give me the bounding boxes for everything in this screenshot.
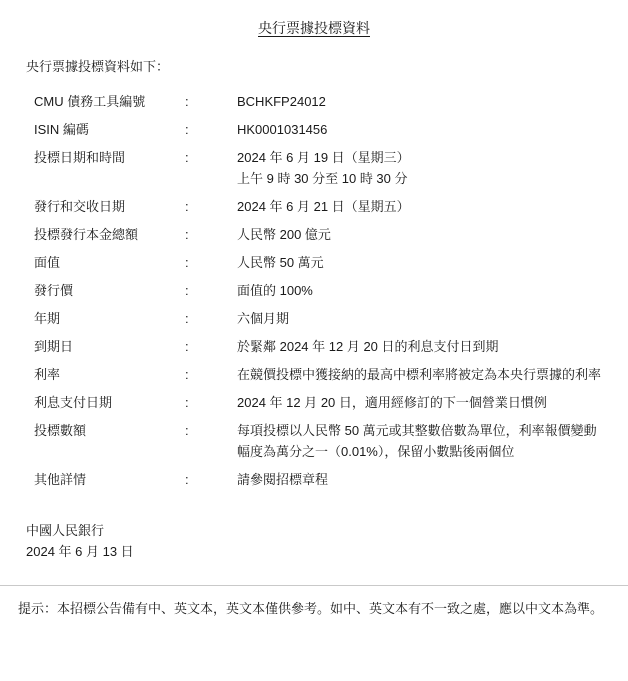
row-colon: : <box>182 119 237 140</box>
row-label: 其他詳情 <box>34 469 182 490</box>
row-colon: : <box>182 196 237 217</box>
row-label: 發行和交收日期 <box>34 196 182 217</box>
row-colon: : <box>182 252 237 273</box>
table-row: 投標日期和時間 : 2024 年 6 月 19 日（星期三） 上午 9 時 30… <box>0 147 628 189</box>
intro-text: 央行票據投標資料如下： <box>26 56 628 77</box>
row-value: 人民幣 50 萬元 <box>237 252 603 273</box>
table-row: ISIN 編碼 : HK0001031456 <box>0 119 628 140</box>
row-colon: : <box>182 469 237 490</box>
table-row: 利息支付日期 : 2024 年 12 月 20 日，適用經修訂的下一個營業日慣例 <box>0 392 628 413</box>
table-row: 投標發行本金總額 : 人民幣 200 億元 <box>0 224 628 245</box>
table-row: 發行價 : 面值的 100% <box>0 280 628 301</box>
table-row: 面值 : 人民幣 50 萬元 <box>0 252 628 273</box>
row-colon: : <box>182 336 237 357</box>
divider-line <box>0 585 628 586</box>
table-row: CMU 債務工具編號 : BCHKFP24012 <box>0 91 628 112</box>
issuer-name: 中國人民銀行 <box>26 520 628 541</box>
row-value: 面值的 100% <box>237 280 603 301</box>
row-label: 年期 <box>34 308 182 329</box>
table-row: 年期 : 六個月期 <box>0 308 628 329</box>
row-value: 2024 年 12 月 20 日，適用經修訂的下一個營業日慣例 <box>237 392 603 413</box>
row-label: 投標發行本金總額 <box>34 224 182 245</box>
row-colon: : <box>182 420 237 441</box>
row-value: 六個月期 <box>237 308 603 329</box>
row-value: 2024 年 6 月 19 日（星期三） 上午 9 時 30 分至 10 時 3… <box>237 147 603 189</box>
row-label: 到期日 <box>34 336 182 357</box>
row-colon: : <box>182 364 237 385</box>
row-label: 面值 <box>34 252 182 273</box>
table-row: 投標數額 : 每項投標以人民幣 50 萬元或其整數倍數為單位，利率報價變動幅度為… <box>0 420 628 462</box>
tender-notice-document: 央行票據投標資料 央行票據投標資料如下： CMU 債務工具編號 : BCHKFP… <box>0 18 628 620</box>
row-label: 利息支付日期 <box>34 392 182 413</box>
row-label: CMU 債務工具編號 <box>34 91 182 112</box>
row-label: 投標日期和時間 <box>34 147 182 168</box>
row-colon: : <box>182 280 237 301</box>
row-colon: : <box>182 224 237 245</box>
row-value: 2024 年 6 月 21 日（星期五） <box>237 196 603 217</box>
table-row: 利率 : 在競價投標中獲接納的最高中標利率將被定為本央行票據的利率 <box>0 364 628 385</box>
row-colon: : <box>182 91 237 112</box>
row-label: ISIN 編碼 <box>34 119 182 140</box>
row-value: 在競價投標中獲接納的最高中標利率將被定為本央行票據的利率 <box>237 364 603 385</box>
row-value: 每項投標以人民幣 50 萬元或其整數倍數為單位，利率報價變動幅度為萬分之一（0.… <box>237 420 603 462</box>
table-row: 其他詳情 : 請參閱招標章程 <box>0 469 628 490</box>
row-colon: : <box>182 392 237 413</box>
row-colon: : <box>182 308 237 329</box>
language-note: 提示：本招標公告備有中、英文本，英文本僅供參考。如中、英文本有不一致之處，應以中… <box>18 598 612 620</box>
row-value: HK0001031456 <box>237 119 603 140</box>
announcement-date: 2024 年 6 月 13 日 <box>26 541 628 562</box>
tender-info-table: CMU 債務工具編號 : BCHKFP24012 ISIN 編碼 : HK000… <box>0 91 628 490</box>
row-value: 人民幣 200 億元 <box>237 224 603 245</box>
row-value: BCHKFP24012 <box>237 91 603 112</box>
row-label: 發行價 <box>34 280 182 301</box>
row-colon: : <box>182 147 237 168</box>
table-row: 發行和交收日期 : 2024 年 6 月 21 日（星期五） <box>0 196 628 217</box>
table-row: 到期日 : 於緊鄰 2024 年 12 月 20 日的利息支付日到期 <box>0 336 628 357</box>
page-title: 央行票據投標資料 <box>0 18 628 38</box>
footer: 中國人民銀行 2024 年 6 月 13 日 <box>26 520 628 562</box>
row-label: 利率 <box>34 364 182 385</box>
row-value: 於緊鄰 2024 年 12 月 20 日的利息支付日到期 <box>237 336 603 357</box>
row-value: 請參閱招標章程 <box>237 469 603 490</box>
row-label: 投標數額 <box>34 420 182 441</box>
